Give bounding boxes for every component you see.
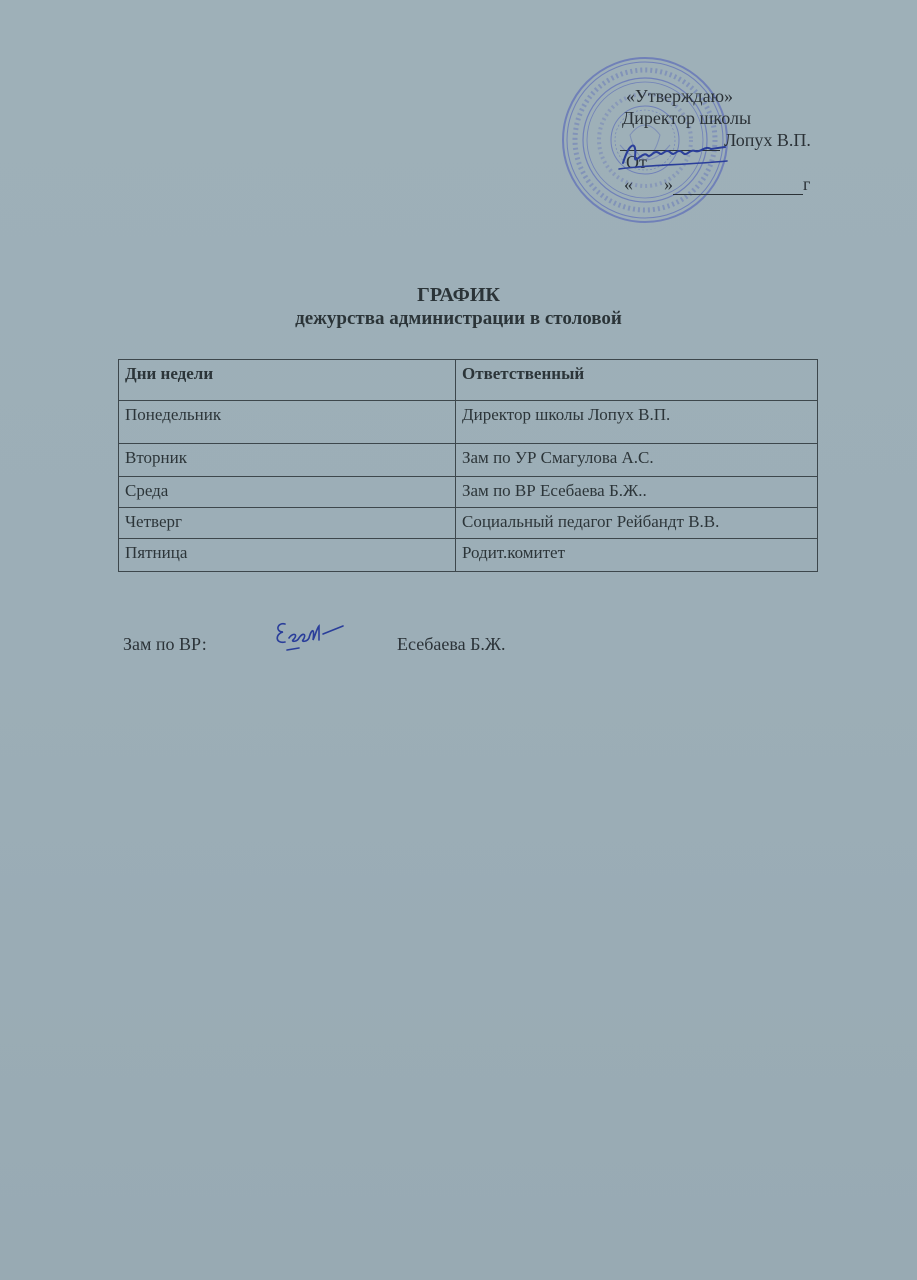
approval-heading: «Утверждаю» <box>626 85 733 107</box>
title-main: ГРАФИК <box>0 283 917 307</box>
signer-role: Зам по ВР: <box>123 634 207 655</box>
day-cell: Среда <box>119 477 456 508</box>
column-header-days: Дни недели <box>119 360 456 401</box>
date-close-quote: » <box>664 174 673 194</box>
date-line: « »г <box>624 173 810 195</box>
table-row: Пятница Родит.комитет <box>119 539 818 572</box>
title-subtitle: дежурства администрации в столовой <box>0 307 917 331</box>
day-cell: Вторник <box>119 444 456 477</box>
document-page: «Утверждаю» Директор школы Лопух В.П. От… <box>0 0 917 1280</box>
year-suffix: г <box>803 174 810 194</box>
signer-name: Есебаева Б.Ж. <box>397 634 506 655</box>
footer-signature-block: Зам по ВР: Есебаева Б.Ж. <box>123 634 623 674</box>
responsible-cell: Зам по УР Смагулова А.С. <box>456 444 818 477</box>
approval-block: «Утверждаю» Директор школы Лопух В.П. От… <box>560 55 850 235</box>
table-row: Понедельник Директор школы Лопух В.П. <box>119 401 818 444</box>
table-header-row: Дни недели Ответственный <box>119 360 818 401</box>
duty-schedule-table: Дни недели Ответственный Понедельник Дир… <box>118 359 818 572</box>
table-row: Четверг Социальный педагог Рейбандт В.В. <box>119 508 818 539</box>
approver-name: Лопух В.П. <box>724 130 811 150</box>
table-row: Вторник Зам по УР Смагулова А.С. <box>119 444 818 477</box>
table-row: Среда Зам по ВР Есебаева Б.Ж.. <box>119 477 818 508</box>
day-cell: Понедельник <box>119 401 456 444</box>
signature-icon <box>615 129 735 174</box>
signature-icon <box>271 612 351 656</box>
responsible-cell: Родит.комитет <box>456 539 818 572</box>
column-header-responsible: Ответственный <box>456 360 818 401</box>
responsible-cell: Зам по ВР Есебаева Б.Ж.. <box>456 477 818 508</box>
date-blank <box>673 178 803 195</box>
responsible-cell: Социальный педагог Рейбандт В.В. <box>456 508 818 539</box>
responsible-cell: Директор школы Лопух В.П. <box>456 401 818 444</box>
document-title: ГРАФИК дежурства администрации в столово… <box>0 283 917 331</box>
date-open-quote: « <box>624 174 633 194</box>
day-cell: Пятница <box>119 539 456 572</box>
approver-position: Директор школы <box>622 107 751 129</box>
day-cell: Четверг <box>119 508 456 539</box>
